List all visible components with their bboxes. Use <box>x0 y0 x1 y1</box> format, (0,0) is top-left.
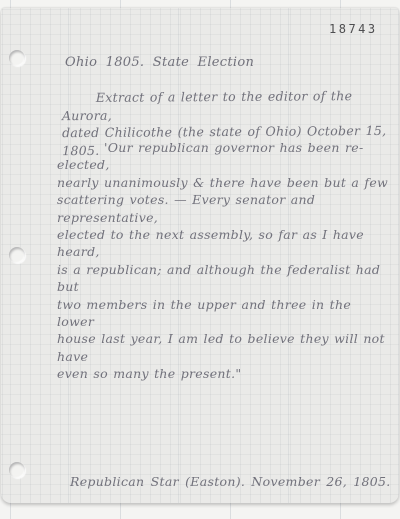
punch-hole-middle <box>9 247 25 263</box>
document-title: Ohio 1805. State Election <box>65 55 254 70</box>
punch-hole-top <box>9 50 25 66</box>
punch-hole-bottom <box>9 462 25 478</box>
serial-number-stamp: 18743 <box>329 22 378 36</box>
quote-paragraph: 'Our republican governor has been re-ele… <box>57 139 393 383</box>
citation-line: Republican Star (Easton). November 26, 1… <box>70 474 391 489</box>
